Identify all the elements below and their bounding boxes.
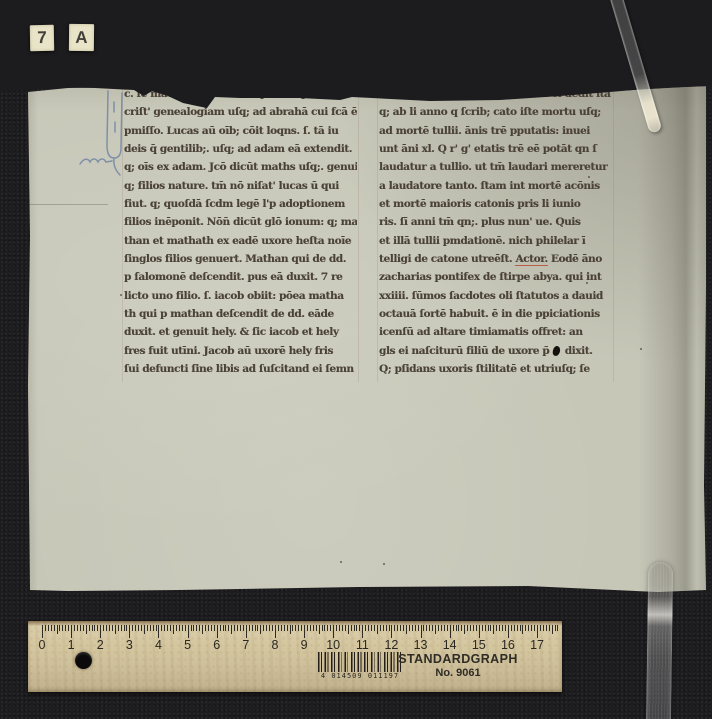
- mm-tick: [310, 625, 311, 631]
- mm-tick: [185, 625, 186, 631]
- mm-tick: [447, 625, 448, 631]
- mm-tick: [555, 625, 556, 631]
- mm-tick: [220, 625, 221, 631]
- mm-tick: [423, 625, 424, 631]
- mm-tick: [546, 625, 547, 631]
- mm-tick: [141, 625, 142, 631]
- ruler-cm-number: 1: [68, 638, 75, 652]
- mm-tick: [243, 625, 244, 631]
- mm-tick: [161, 625, 162, 631]
- mm-tick: [444, 625, 445, 631]
- ruler: 01234567891011121314151617 4 014509 0111…: [28, 621, 562, 692]
- manuscript-text-line: duxit. et genuit hely. & ſic iacob et he…: [124, 323, 357, 341]
- mm-tick: [397, 625, 398, 631]
- ruler-hanging-hole: [75, 652, 92, 669]
- ruler-cm-number: 16: [501, 638, 515, 652]
- manuscript-text-line: ſinglos filios genuert. Mathan qui de dd…: [124, 250, 357, 268]
- mm-tick: [97, 625, 98, 631]
- mm-tick: [156, 625, 157, 631]
- parchment-page: c. ſē maths ſup illā ubā apli ſtēs pſcri…: [28, 86, 706, 594]
- manuscript-text-segment: dixit.: [561, 345, 592, 357]
- rubricated-word: Actor.: [515, 253, 547, 266]
- mm-tick: [456, 625, 457, 631]
- mm-tick: [490, 625, 491, 631]
- parchment-speck: [120, 294, 122, 296]
- cm-tick: [42, 625, 43, 638]
- manuscript-text-line: a laudatore tanto. ſtam int mortē acōnis: [379, 177, 613, 195]
- mm-tick: [351, 625, 352, 631]
- mm-tick: [415, 625, 416, 631]
- manuscript-text-line: than et mathath ex eadē uxore heſta noīe: [124, 232, 357, 250]
- mm-tick: [400, 625, 401, 631]
- ruler-cm-number: 13: [414, 638, 428, 652]
- column-ruling-line: [613, 86, 614, 382]
- mm-tick: [412, 625, 413, 631]
- mm-tick: [89, 625, 90, 631]
- mm-tick: [514, 625, 515, 631]
- ruler-model-number: No. 9061: [378, 667, 538, 679]
- mm-tick: [403, 625, 404, 631]
- manuscript-text-line: ad mortē tullii. ānis trē pputatis: inue…: [379, 122, 613, 140]
- manuscript-text-line: deis q̄ gentilib;. uſq; ad adam eā exten…: [124, 140, 357, 158]
- ruler-cm-number: 11: [356, 638, 369, 652]
- mm-tick: [266, 625, 267, 631]
- manuscript-text-line: fiut. q; quoſdā ſcdm legē l'p adoptionem: [124, 195, 357, 213]
- mm-tick: [51, 625, 52, 631]
- manuscript-text-line: et mortē maioris catonis pris li iunio: [379, 195, 613, 213]
- cm-tick: [508, 625, 509, 638]
- cm-tick: [450, 625, 451, 638]
- mm-tick: [126, 625, 127, 631]
- cm-tick: [129, 625, 130, 638]
- mm-tick: [77, 625, 78, 631]
- mm-tick: [132, 625, 133, 631]
- manuscript-text-line: telligi de catone utreēſt. Actor. Eodē ā…: [379, 250, 613, 268]
- cm-tick: [421, 625, 422, 638]
- mm-tick: [354, 625, 355, 631]
- mm-tick: [356, 625, 357, 631]
- mm-tick: [359, 625, 360, 631]
- mm-tick: [528, 625, 529, 631]
- manuscript-text-line: icenſū ad altare timiamatis offret: an: [379, 323, 613, 341]
- mm-tick: [327, 625, 328, 631]
- mm-tick: [549, 625, 550, 631]
- column-ruling-line: [358, 86, 359, 382]
- manuscript-text-line: unt āni xl. Q r' g' etatis trē eē potāt …: [379, 140, 613, 158]
- mm-tick: [520, 625, 521, 631]
- mm-tick: [499, 625, 500, 631]
- mm-tick: [74, 625, 75, 631]
- ruler-cm-number: 10: [326, 638, 340, 652]
- cm-tick: [246, 625, 247, 638]
- mm-tick: [260, 625, 261, 634]
- mm-tick: [269, 625, 270, 631]
- mm-tick: [389, 625, 390, 631]
- mm-tick: [135, 625, 136, 631]
- mm-tick: [458, 625, 459, 631]
- mm-tick: [438, 625, 439, 631]
- ruler-cm-number: 2: [97, 638, 104, 652]
- mm-tick: [176, 625, 177, 631]
- manuscript-text-line: pmiſſo. Lucas aū oīb; cōit loqns. ſ. tā …: [124, 122, 357, 140]
- column-ruling-line: [377, 86, 378, 382]
- mm-tick: [240, 625, 241, 631]
- mm-tick: [409, 625, 410, 631]
- mm-tick: [517, 625, 518, 631]
- cm-tick: [275, 625, 276, 638]
- ruler-cm-number: 3: [126, 638, 133, 652]
- mm-tick: [65, 625, 66, 631]
- cm-tick: [158, 625, 159, 638]
- mm-tick: [182, 625, 183, 631]
- mm-tick: [272, 625, 273, 631]
- mm-tick: [511, 625, 512, 631]
- mm-tick: [505, 625, 506, 631]
- mm-tick: [292, 625, 293, 631]
- mm-tick: [214, 625, 215, 631]
- mm-tick: [336, 625, 337, 631]
- mm-tick: [496, 625, 497, 631]
- ruler-cm-number: 14: [443, 638, 457, 652]
- mm-tick: [502, 625, 503, 631]
- manuscript-text-line: ris. ſī anni tm̄ qn;. plus nun' ue. Quis: [379, 213, 613, 231]
- mm-tick: [476, 625, 477, 631]
- cm-tick: [362, 625, 363, 638]
- mm-tick: [380, 625, 381, 631]
- cm-tick: [304, 625, 305, 638]
- ruler-cm-number: 15: [472, 638, 486, 652]
- mm-tick: [191, 625, 192, 631]
- ruler-cm-number: 8: [271, 638, 278, 652]
- mm-tick: [295, 625, 296, 631]
- mm-tick: [62, 625, 63, 631]
- mm-tick: [109, 625, 110, 631]
- mm-tick: [406, 625, 407, 634]
- mm-tick: [121, 625, 122, 631]
- ruler-cm-number: 9: [301, 638, 308, 652]
- mm-tick: [173, 625, 174, 634]
- mm-tick: [429, 625, 430, 631]
- mm-tick: [255, 625, 256, 631]
- mm-tick: [59, 625, 60, 631]
- mm-tick: [193, 625, 194, 631]
- manuscript-text-line: ſui defuncti ſine libis ad ſuſcitand ei …: [124, 360, 357, 378]
- mm-tick: [383, 625, 384, 631]
- mm-tick: [386, 625, 387, 631]
- ruler-cm-number: 12: [384, 638, 398, 652]
- cm-tick: [479, 625, 480, 638]
- mm-tick: [68, 625, 69, 631]
- mm-tick: [371, 625, 372, 631]
- cm-tick: [333, 625, 334, 638]
- mm-tick: [552, 625, 553, 634]
- parchment-speck: [383, 563, 385, 565]
- mm-tick: [150, 625, 151, 631]
- ruler-cm-number: 0: [39, 638, 46, 652]
- mm-tick: [394, 625, 395, 631]
- manuscript-text-line: octauā ſortē habuit. ē in die ppiciation…: [379, 305, 613, 323]
- manuscript-text-line: xxiiii. ſūmos ſacdotes oli ſtatutos a da…: [379, 287, 613, 305]
- mm-tick: [319, 625, 320, 634]
- mm-tick: [307, 625, 308, 631]
- mm-tick: [473, 625, 474, 631]
- ruler-cm-number: 5: [184, 638, 191, 652]
- cm-tick: [100, 625, 101, 638]
- mm-tick: [202, 625, 203, 634]
- mm-tick: [167, 625, 168, 631]
- mm-tick: [339, 625, 340, 631]
- mm-tick: [522, 625, 523, 634]
- mm-tick: [365, 625, 366, 631]
- mm-tick: [237, 625, 238, 631]
- mm-tick: [106, 625, 107, 631]
- manuscript-column-right: et uſq; ad finē uite ſue quē dns ei dedi…: [379, 85, 613, 379]
- mm-tick: [377, 625, 378, 634]
- manuscript-text-line: laudatur a tullio. ut tm̄ laudari merere…: [379, 158, 613, 176]
- mm-tick: [112, 625, 113, 631]
- mm-tick: [225, 625, 226, 631]
- mm-tick: [374, 625, 375, 631]
- mm-tick: [464, 625, 465, 634]
- ruler-cm-number: 17: [530, 638, 544, 652]
- mm-tick: [211, 625, 212, 631]
- mm-tick: [252, 625, 253, 631]
- parchment-crease: [28, 204, 108, 205]
- black-cloth-overlay: [0, 0, 712, 118]
- mm-tick: [153, 625, 154, 631]
- mm-tick: [103, 625, 104, 631]
- cm-tick: [217, 625, 218, 638]
- mm-tick: [330, 625, 331, 631]
- ruler-brand-name: STANDARDGRAPH: [378, 652, 538, 666]
- mm-tick: [118, 625, 119, 631]
- manuscript-text-segment: gls ei naſciturū filiū de uxore p̄: [379, 345, 552, 357]
- mm-tick: [80, 625, 81, 631]
- manuscript-text-line: et illā tullii pmdationē. nich philelar …: [379, 232, 613, 250]
- page-weight-strap-bottom: [646, 562, 673, 719]
- mm-tick: [147, 625, 148, 631]
- mm-tick: [348, 625, 349, 634]
- mm-tick: [342, 625, 343, 631]
- mm-tick: [257, 625, 258, 631]
- parchment-speck: [640, 348, 642, 350]
- mm-tick: [525, 625, 526, 631]
- mm-tick: [199, 625, 200, 631]
- cm-tick: [71, 625, 72, 638]
- mm-tick: [461, 625, 462, 631]
- mm-tick: [86, 625, 87, 634]
- mm-tick: [435, 625, 436, 634]
- mm-tick: [263, 625, 264, 631]
- mm-tick: [467, 625, 468, 631]
- mm-tick: [426, 625, 427, 631]
- manuscript-column-left: c. ſē maths ſup illā ubā apli ſtēs pſcri…: [124, 85, 357, 379]
- mm-tick: [316, 625, 317, 631]
- mm-tick: [368, 625, 369, 631]
- manuscript-text-line: fres fuit utīni. Jacob aū uxorē hely fri…: [124, 342, 357, 360]
- mm-tick: [322, 625, 323, 631]
- mm-tick: [534, 625, 535, 631]
- mm-tick: [531, 625, 532, 631]
- mm-tick: [493, 625, 494, 634]
- mm-tick: [345, 625, 346, 631]
- mm-tick: [115, 625, 116, 634]
- mm-tick: [170, 625, 171, 631]
- mm-tick: [453, 625, 454, 631]
- manuscript-text-line: zacharias pontifex de ſtirpe abya. qui i…: [379, 268, 613, 286]
- mm-tick: [124, 625, 125, 631]
- mm-tick: [196, 625, 197, 631]
- mm-tick: [228, 625, 229, 631]
- mm-tick: [223, 625, 224, 631]
- mm-tick: [441, 625, 442, 631]
- cm-tick: [391, 625, 392, 638]
- ruler-cm-number: 4: [155, 638, 162, 652]
- mm-tick: [249, 625, 250, 631]
- mm-tick: [290, 625, 291, 634]
- mm-tick: [557, 625, 558, 631]
- ruler-cm-number: 6: [213, 638, 220, 652]
- mm-tick: [205, 625, 206, 631]
- mm-tick: [543, 625, 544, 631]
- mm-tick: [208, 625, 209, 631]
- mm-tick: [45, 625, 46, 631]
- manuscript-text-line: filios inēponit. Nōn̄ dicūt glō ionum: q…: [124, 213, 357, 231]
- cm-tick: [537, 625, 538, 638]
- mm-tick: [234, 625, 235, 631]
- mm-tick: [418, 625, 419, 631]
- mm-tick: [298, 625, 299, 631]
- manuscript-photo: { "scene": { "background_color": "#1d1c1…: [0, 0, 712, 719]
- manuscript-text-line: q; oīs ex adam. Jcō dicūt maths uſq;. ge…: [124, 158, 357, 176]
- mm-tick: [94, 625, 95, 631]
- manuscript-text-line: q; filios nature. tm̄ nō niſat' lucas ū …: [124, 177, 357, 195]
- manuscript-text-line: licto uno filio. ſ. iacob obiit: pōea ma…: [124, 287, 357, 305]
- manuscript-text-line: p ſalomonē deſcendit. pus eā duxit. 7 re: [124, 268, 357, 286]
- mm-tick: [488, 625, 489, 631]
- mm-tick: [138, 625, 139, 631]
- manuscript-text-line: th qui p mathan deſcendit de dd. eāde: [124, 305, 357, 323]
- mm-tick: [144, 625, 145, 634]
- manuscript-text-segment: Eodē āno: [548, 253, 602, 265]
- mm-tick: [281, 625, 282, 631]
- mm-tick: [284, 625, 285, 631]
- manuscript-text-line: gls ei naſciturū filiū de uxore p̄ dixit…: [379, 342, 613, 360]
- mm-tick: [485, 625, 486, 631]
- manuscript-text-line: Q; pſidans uxoris ſtilitatē et utriuſq; …: [379, 360, 613, 378]
- folio-number-label: 7: [30, 25, 54, 51]
- mm-tick: [179, 625, 180, 631]
- mm-tick: [287, 625, 288, 631]
- ruler-brand-block: STANDARDGRAPH No. 9061: [378, 652, 538, 679]
- manuscript-text-segment: telligi de catone utreēſt.: [379, 253, 515, 265]
- mm-tick: [324, 625, 325, 631]
- mm-tick: [83, 625, 84, 631]
- mm-tick: [164, 625, 165, 631]
- mm-tick: [54, 625, 55, 631]
- folio-side-label: A: [69, 24, 94, 51]
- mm-tick: [92, 625, 93, 631]
- parchment-speck: [340, 561, 342, 563]
- mm-tick: [231, 625, 232, 634]
- mm-tick: [540, 625, 541, 631]
- mm-tick: [301, 625, 302, 631]
- mm-tick: [48, 625, 49, 631]
- cm-tick: [188, 625, 189, 638]
- mm-tick: [482, 625, 483, 631]
- ruler-cm-number: 7: [242, 638, 249, 652]
- mm-tick: [432, 625, 433, 631]
- mm-tick: [470, 625, 471, 631]
- mm-tick: [57, 625, 58, 634]
- mm-tick: [313, 625, 314, 631]
- mm-tick: [278, 625, 279, 631]
